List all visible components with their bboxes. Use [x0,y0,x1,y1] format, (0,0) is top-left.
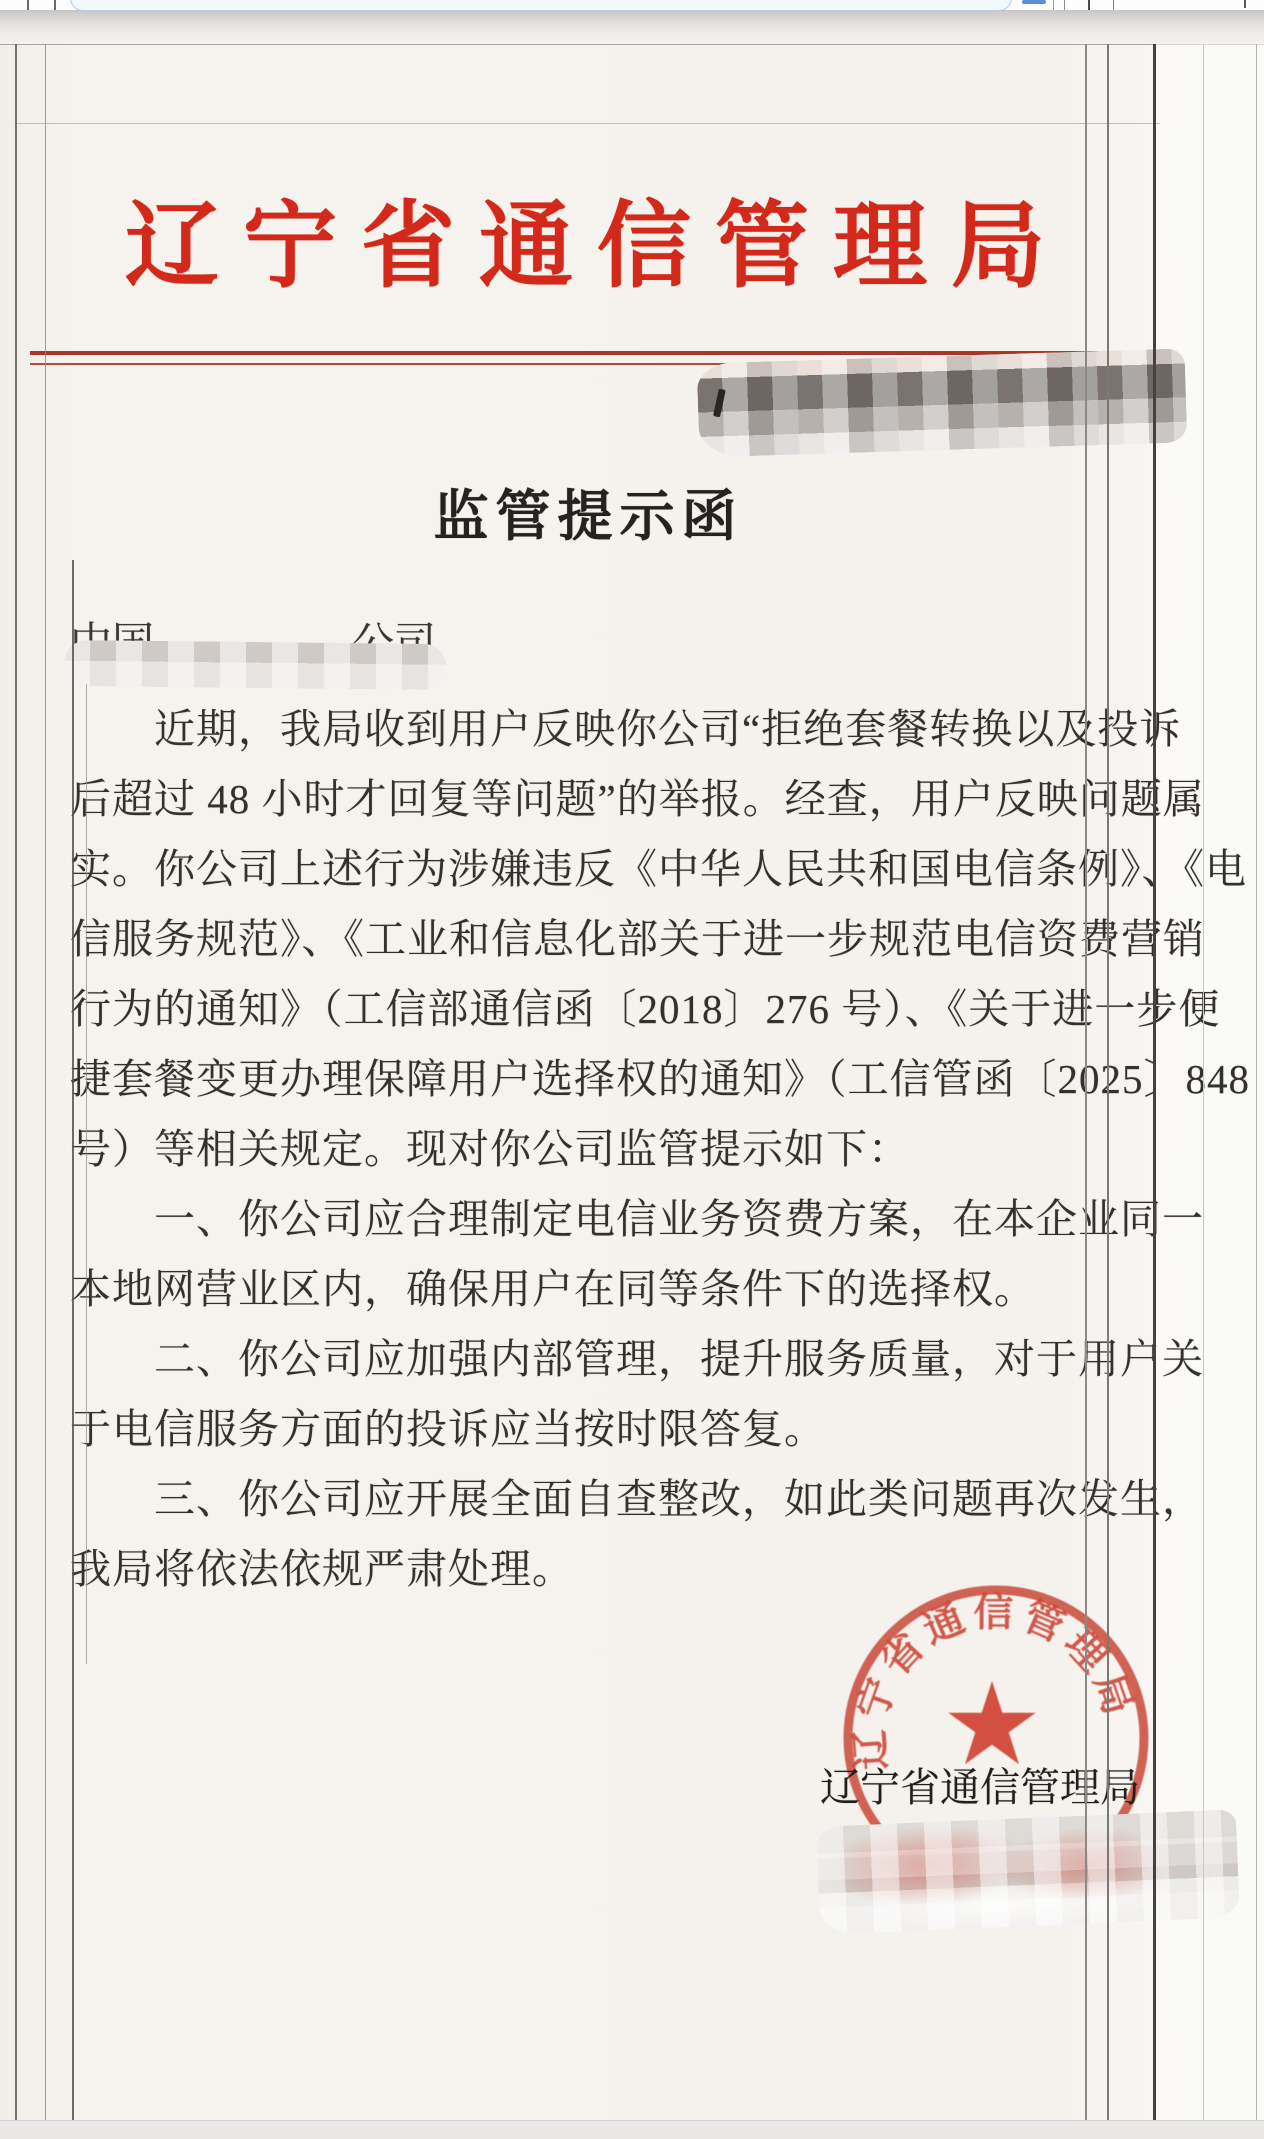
body-line: 后超过 48 小时才回复等问题”的举报。经查，用户反映问题属 [70,764,1156,834]
bottom-edge-strip [0,2120,1264,2139]
fold-line [1153,44,1156,2120]
document-title: 监管提示函 [15,472,1155,551]
toolbar-divider [1064,0,1065,10]
body-line: 实。你公司上述行为涉嫌违反《中华人民共和国电信条例》、《电 [70,834,1156,904]
fold-line [1085,44,1087,2120]
toolbar-blue-accent [1022,0,1046,4]
body-line: 号）等相关规定。现对你公司监管提示如下： [70,1114,1156,1184]
body-line: 二、你公司应加强内部管理，提升服务质量，对于用户关 [70,1324,1156,1394]
toolbar-divider [1113,0,1114,10]
body-line: 三、你公司应开展全面自查整改，如此类问题再次发生， [70,1464,1156,1534]
body-line: 捷套餐变更办理保障用户选择权的通知》（工信管函〔2025〕848 [70,1044,1156,1114]
seal-star [948,1681,1036,1764]
redacted-document-number [697,348,1188,457]
signature-agency-name: 辽宁省通信管理局 [820,1756,1150,1813]
scanned-document-page: 辽宁省通信管理局 监管提示函 中国 公司 近期，我局收到用户反映你公司“拒绝套餐… [0,44,1264,2120]
body-line: 行为的通知》（工信部通信函〔2018〕276 号）、《关于进一步便 [70,974,1156,1044]
fold-line [45,44,46,2120]
toolbar-divider [1053,0,1054,10]
fold-line [15,44,17,2120]
document-body: 近期，我局收到用户反映你公司“拒绝套餐转换以及投诉后超过 48 小时才回复等问题… [70,694,1156,1604]
address-bar-input[interactable] [70,0,1012,11]
body-line: 近期，我局收到用户反映你公司“拒绝套餐转换以及投诉 [70,694,1156,764]
toolbar-divider [1244,0,1246,8]
body-line: 本地网营业区内，确保用户在同等条件下的选择权。 [70,1254,1156,1324]
toolbar-shadow [0,10,1264,44]
toolbar-divider [1088,0,1090,10]
body-line: 一、你公司应合理制定电信业务资费方案，在本企业同一 [70,1184,1156,1254]
browser-toolbar-sliver [0,0,1264,10]
fold-line [86,684,87,1664]
body-line: 于电信服务方面的投诉应当按时限答复。 [70,1394,1156,1464]
scan-artifact-line [15,123,1160,124]
body-line: 信服务规范》、《工业和信息化部关于进一步规范电信资费营销 [70,904,1156,974]
redacted-date [816,1809,1240,1934]
fold-line [1256,44,1257,2120]
fold-line [1203,44,1204,2120]
letterhead-agency-name: 辽宁省通信管理局 [15,196,1155,299]
redacted-addressee-name [64,640,446,690]
page-top-edge [0,44,1264,45]
fold-line [1107,44,1109,2120]
toolbar-divider [54,0,56,10]
fold-line [72,560,74,2120]
toolbar-divider [27,0,29,10]
